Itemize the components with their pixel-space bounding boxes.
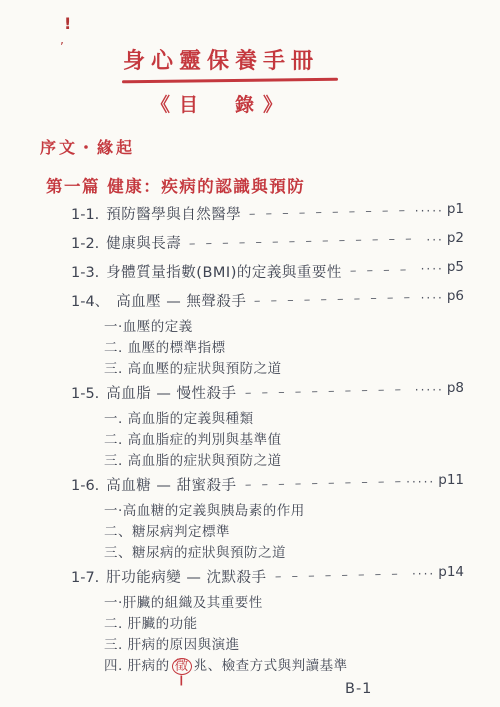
- dash-leader: – – – – – – – – – – – – – – – – – – – – …: [254, 283, 416, 316]
- dot-leader: ·····: [415, 197, 444, 226]
- toc-sub-entry: 二. 高血脂症的判別與基準值: [71, 430, 464, 451]
- dot-leader: ·····: [406, 468, 435, 497]
- toc-entry-page: p6: [447, 282, 464, 311]
- section-heading: 第一篇 健康：疾病的認識與預防: [46, 173, 305, 197]
- toc-sub-text: 四. 肝病的: [104, 658, 170, 674]
- toc-entry-number: 1-7.: [71, 564, 99, 593]
- toc-entry-number: 1-4、: [71, 288, 109, 317]
- toc-entry-page: p5: [447, 253, 464, 282]
- toc-sub-entry: 三. 高血脂的症狀與預防之道: [71, 451, 464, 472]
- document-page: ! ’ 身心靈保養手冊 《目 錄》 序文・緣起 第一篇 健康：疾病的認識與預防 …: [0, 0, 500, 707]
- page-title: 身心靈保養手冊: [0, 44, 442, 75]
- toc-entry-number: 1-1.: [71, 201, 99, 230]
- toc-entry-number: 1-2.: [71, 230, 99, 259]
- page-number: B-1: [345, 681, 372, 697]
- toc-sub-entry: 二. 血壓的標準指標: [71, 338, 464, 359]
- dash-leader: – – – – – – – – – – – – – – – – – – – – …: [244, 467, 401, 500]
- red-circle-annotation: 徵❙: [172, 658, 192, 675]
- toc-entry-page: p11: [438, 466, 464, 495]
- dash-leader: – – – – – – – – – – – – – – – – – – – – …: [274, 560, 407, 592]
- toc-sub-entry: 一. 高血脂的定義與種類: [71, 409, 464, 430]
- dot-leader: ····: [421, 255, 444, 284]
- toc-list: 1-1.預防醫學與自然醫學– – – – – – – – – – – – – –…: [71, 201, 464, 677]
- toc-entry: 1-4、高血壓 — 無聲殺手– – – – – – – – – – – – – …: [71, 288, 464, 317]
- toc-entry: 1-6.高血糖 — 甜蜜殺手– – – – – – – – – – – – – …: [71, 472, 464, 501]
- dash-leader: – – – – – – – – – – – – – – – – – – – – …: [244, 375, 410, 408]
- toc-entry-number: 1-6.: [71, 472, 99, 501]
- toc-entry-page: p2: [447, 224, 464, 253]
- dot-leader: ····: [421, 284, 444, 313]
- toc-entry-number: 1-3.: [71, 259, 99, 288]
- toc-sub-entry: 二. 肝臟的功能: [71, 614, 464, 635]
- toc-entry: 1-7.肝功能病變 — 沈默殺手– – – – – – – – – – – – …: [71, 564, 464, 593]
- dash-leader: – – – – – – – – – – – – – – – – – – – – …: [189, 224, 422, 258]
- dash-leader: – – – – – – – – – – – – – – – – – – – – …: [249, 196, 410, 229]
- toc-entry-title: 高血壓 — 無聲殺手: [116, 288, 246, 317]
- margin-exclamation-mark: !: [64, 14, 71, 33]
- toc-sub-entry: 一·血壓的定義: [71, 317, 464, 338]
- toc-sub-entry: 三. 肝病的原因與演進: [71, 635, 464, 656]
- toc-sub-entry: 四. 肝病的徵❙兆、檢查方式與判讀基準: [71, 656, 464, 677]
- toc-sub-text: 兆、檢查方式與判讀基準: [194, 658, 348, 674]
- toc-entry-title: 預防醫學與自然醫學: [106, 201, 241, 230]
- toc-entry-title: 健康與長壽: [106, 230, 181, 259]
- toc-sub-entry: 一·高血糖的定義與胰島素的作用: [71, 501, 464, 522]
- insertion-mark-icon: ❙: [177, 676, 186, 686]
- toc-entry-number: 1-5.: [71, 380, 99, 409]
- toc-entry-title: 高血脂 — 慢性殺手: [106, 380, 236, 409]
- dot-leader: ····: [412, 560, 435, 589]
- toc-entry-title: 肝功能病變 — 沈默殺手: [106, 564, 266, 593]
- dash-leader: – – – – – – – – – – – – – – – – – – – – …: [349, 255, 415, 285]
- dot-leader: ···: [426, 226, 443, 255]
- toc-entry: 1-5.高血脂 — 慢性殺手– – – – – – – – – – – – – …: [71, 380, 464, 409]
- toc-entry-page: p14: [438, 558, 464, 587]
- contents-heading: 《目 錄》: [0, 90, 442, 117]
- toc-entry-page: p8: [447, 374, 464, 403]
- toc-entry-page: p1: [447, 195, 464, 224]
- toc-entry-title: 身體質量指數(BMI)的定義與重要性: [106, 259, 342, 288]
- dot-leader: ·····: [415, 376, 444, 405]
- toc-entry-title: 高血糖 — 甜蜜殺手: [106, 472, 236, 501]
- toc-sub-entry: 一·肝臟的組織及其重要性: [71, 593, 464, 614]
- title-underline: [122, 78, 338, 84]
- preface-entry: 序文・緣起: [40, 135, 135, 158]
- toc-sub-entry: 二、糖尿病判定標準: [71, 522, 464, 543]
